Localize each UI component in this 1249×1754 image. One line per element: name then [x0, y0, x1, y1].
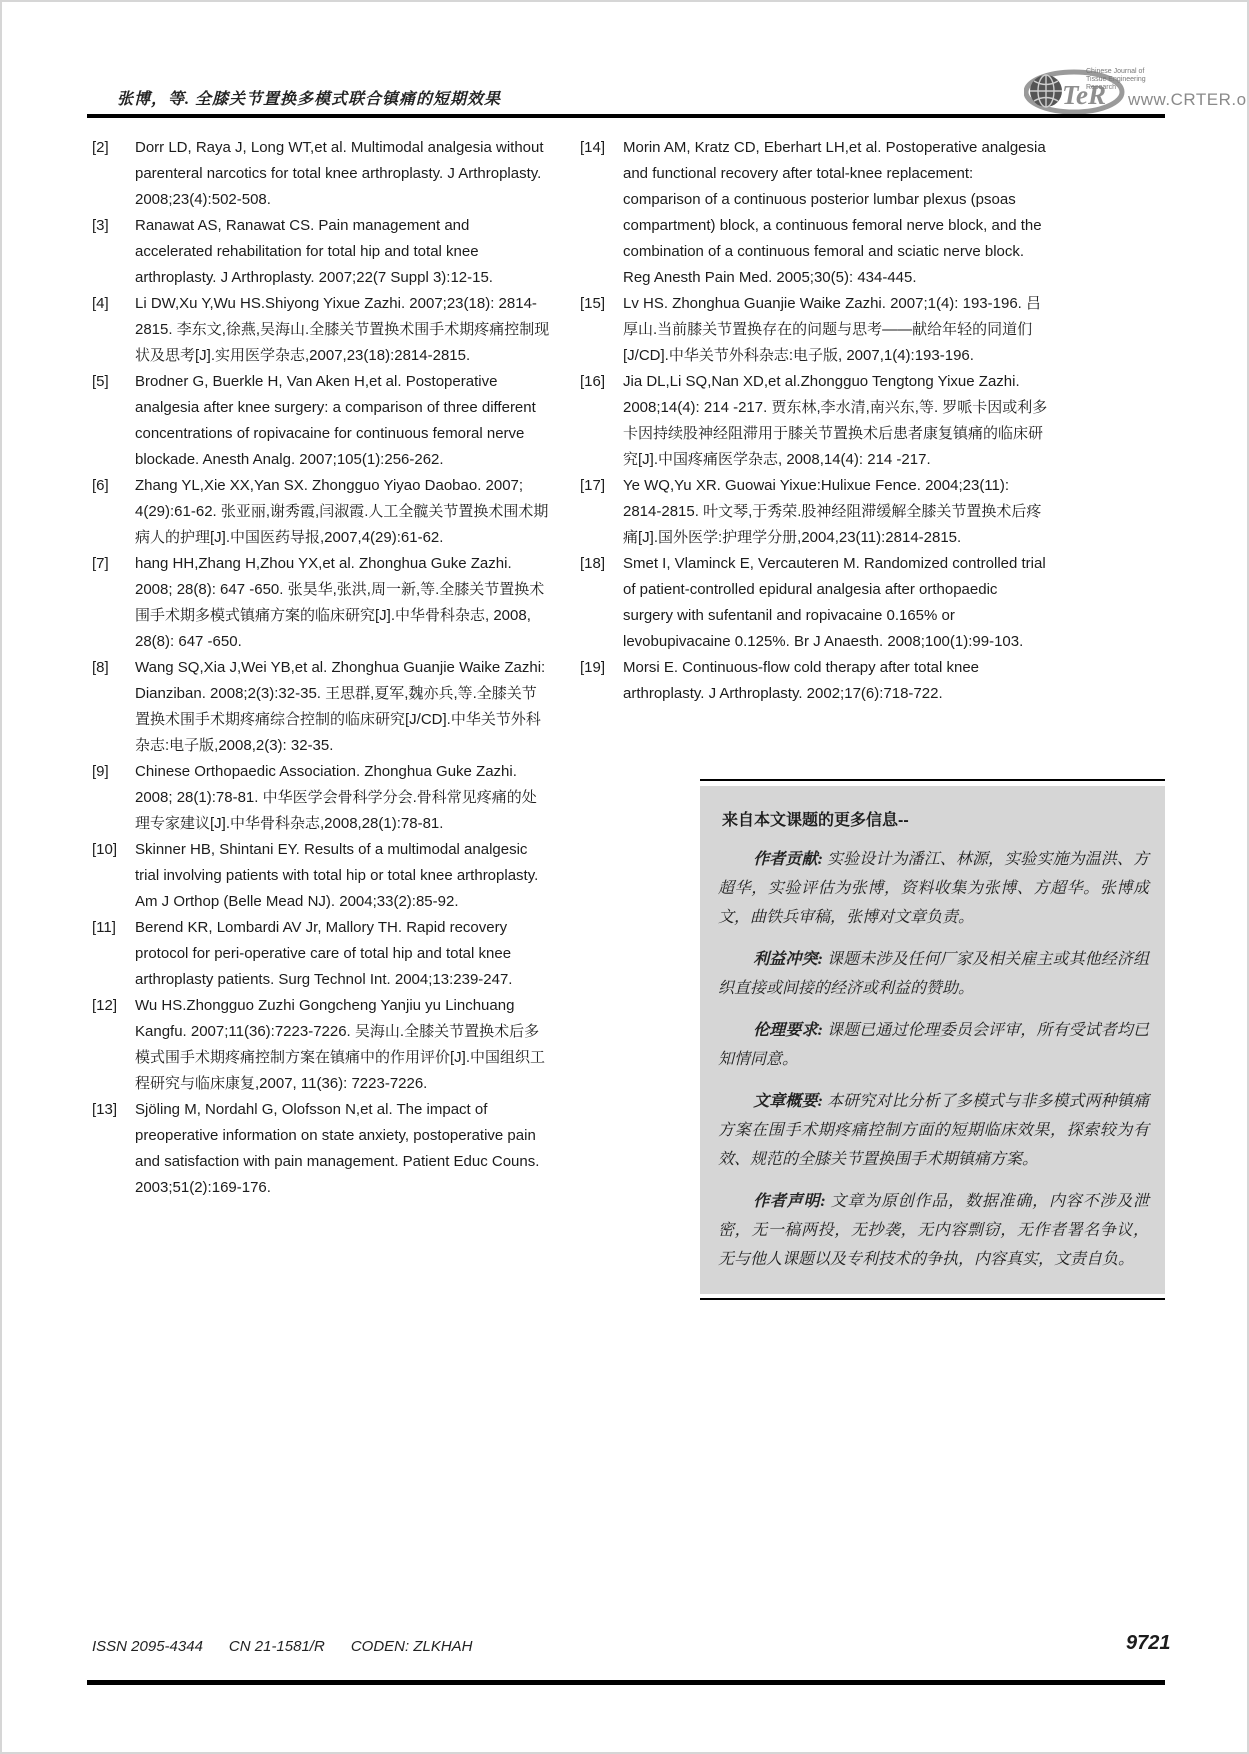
reference-item: [15] Lv HS. Zhonghua Guanjie Waike Zazhi… [580, 291, 1048, 369]
reference-number: [6] [92, 473, 135, 551]
logo-journal-name: Chinese Journal of Tissue Engineering Re… [1086, 68, 1176, 92]
reference-item: [11] Berend KR, Lombardi AV Jr, Mallory … [92, 915, 550, 993]
more-info-label: 文章概要: [753, 1093, 823, 1110]
more-info-title: 来自本文课题的更多信息-- [722, 806, 1149, 835]
reference-text-en: Dorr LD, Raya J, Long WT,et al. Multimod… [135, 139, 544, 208]
reference-item: [7] hang HH,Zhang H,Zhou YX,et al. Zhong… [92, 551, 550, 655]
reference-body: Wu HS.Zhongguo Zuzhi Gongcheng Yanjiu yu… [135, 993, 550, 1097]
more-info-label: 作者贡献: [753, 851, 823, 868]
reference-text-en: Morsi E. Continuous-flow cold therapy af… [623, 659, 979, 702]
reference-body: Sjöling M, Nordahl G, Olofsson N,et al. … [135, 1097, 550, 1201]
reference-text-en: Brodner G, Buerkle H, Van Aken H,et al. … [135, 373, 536, 468]
reference-item: [14] Morin AM, Kratz CD, Eberhart LH,et … [580, 135, 1048, 291]
more-info-paragraphs: 作者贡献: 实验设计为潘江、林源，实验实施为温洪、方超华，实验评估为张博，资料收… [718, 845, 1149, 1274]
reference-body: Wang SQ,Xia J,Wei YB,et al. Zhonghua Gua… [135, 655, 550, 759]
reference-body: Dorr LD, Raya J, Long WT,et al. Multimod… [135, 135, 550, 213]
more-info-section: 来自本文课题的更多信息-- 作者贡献: 实验设计为潘江、林源，实验实施为温洪、方… [700, 779, 1165, 1300]
reference-number: [8] [92, 655, 135, 759]
more-info-paragraph: 伦理要求: 课题已通过伦理委员会评审，所有受试者均已知情同意。 [718, 1016, 1149, 1074]
reference-body: Ranawat AS, Ranawat CS. Pain management … [135, 213, 550, 291]
reference-body: Jia DL,Li SQ,Nan XD,et al.Zhongguo Tengt… [623, 369, 1048, 473]
reference-body: Morsi E. Continuous-flow cold therapy af… [623, 655, 1048, 707]
reference-number: [11] [92, 915, 135, 993]
reference-number: [9] [92, 759, 135, 837]
reference-body: Li DW,Xu Y,Wu HS.Shiyong Yixue Zazhi. 20… [135, 291, 550, 369]
reference-item: [4] Li DW,Xu Y,Wu HS.Shiyong Yixue Zazhi… [92, 291, 550, 369]
reference-body: Zhang YL,Xie XX,Yan SX. Zhongguo Yiyao D… [135, 473, 550, 551]
reference-text-en: Ranawat AS, Ranawat CS. Pain management … [135, 217, 493, 286]
reference-number: [2] [92, 135, 135, 213]
reference-number: [17] [580, 473, 623, 551]
reference-body: Lv HS. Zhonghua Guanjie Waike Zazhi. 200… [623, 291, 1048, 369]
page-number: 9721 [1126, 1632, 1171, 1655]
reference-number: [7] [92, 551, 135, 655]
reference-text-zh: 李东文,徐燕,吴海山.全膝关节置换术围手术期疼痛控制现状及思考[J].实用医学杂… [135, 321, 549, 364]
reference-body: hang HH,Zhang H,Zhou YX,et al. Zhonghua … [135, 551, 550, 655]
more-info-label: 利益冲突: [753, 951, 823, 968]
reference-text-en: Sjöling M, Nordahl G, Olofsson N,et al. … [135, 1101, 539, 1196]
reference-item: [13] Sjöling M, Nordahl G, Olofsson N,et… [92, 1097, 550, 1201]
references-column-left: [2] Dorr LD, Raya J, Long WT,et al. Mult… [92, 135, 550, 1201]
reference-item: [18] Smet I, Vlaminck E, Vercauteren M. … [580, 551, 1048, 655]
reference-text-en: Smet I, Vlaminck E, Vercauteren M. Rando… [623, 555, 1046, 650]
running-title: 张博，等. 全膝关节置换多模式联合镇痛的短期效果 [117, 86, 501, 109]
reference-item: [5] Brodner G, Buerkle H, Van Aken H,et … [92, 369, 550, 473]
footer-rule [87, 1680, 1165, 1685]
footer-meta: ISSN 2095-4344CN 21-1581/RCODEN: ZLKHAH [92, 1638, 499, 1655]
logo-journal-name-line2: Tissue Engineering [1086, 76, 1176, 84]
site-url: www.CRTER.org [1128, 90, 1249, 110]
reference-body: Brodner G, Buerkle H, Van Aken H,et al. … [135, 369, 550, 473]
references-column-right: [14] Morin AM, Kratz CD, Eberhart LH,et … [580, 135, 1048, 707]
reference-number: [19] [580, 655, 623, 707]
reference-body: Morin AM, Kratz CD, Eberhart LH,et al. P… [623, 135, 1048, 291]
more-info-paragraph: 利益冲突: 课题未涉及任何厂家及相关雇主或其他经济组织直接或间接的经济或利益的赞… [718, 945, 1149, 1003]
reference-number: [3] [92, 213, 135, 291]
reference-item: [16] Jia DL,Li SQ,Nan XD,et al.Zhongguo … [580, 369, 1048, 473]
more-info-paragraph: 作者声明: 文章为原创作品，数据准确，内容不涉及泄密，无一稿两投，无抄袭，无内容… [718, 1187, 1149, 1274]
more-info-paragraph: 文章概要: 本研究对比分析了多模式与非多模式两种镇痛方案在围手术期疼痛控制方面的… [718, 1087, 1149, 1174]
reference-number: [13] [92, 1097, 135, 1201]
reference-number: [15] [580, 291, 623, 369]
reference-body: Smet I, Vlaminck E, Vercauteren M. Rando… [623, 551, 1048, 655]
reference-item: [6] Zhang YL,Xie XX,Yan SX. Zhongguo Yiy… [92, 473, 550, 551]
reference-text-en: Berend KR, Lombardi AV Jr, Mallory TH. R… [135, 919, 512, 988]
reference-text-en: Morin AM, Kratz CD, Eberhart LH,et al. P… [623, 139, 1046, 286]
reference-body: Chinese Orthopaedic Association. Zhonghu… [135, 759, 550, 837]
reference-number: [16] [580, 369, 623, 473]
journal-page: 张博，等. 全膝关节置换多模式联合镇痛的短期效果 TeR Chinese Jou… [0, 0, 1249, 1754]
reference-number: [18] [580, 551, 623, 655]
reference-body: Berend KR, Lombardi AV Jr, Mallory TH. R… [135, 915, 550, 993]
footer-issn: ISSN 2095-4344 [92, 1638, 203, 1655]
reference-item: [2] Dorr LD, Raya J, Long WT,et al. Mult… [92, 135, 550, 213]
reference-number: [12] [92, 993, 135, 1097]
reference-item: [8] Wang SQ,Xia J,Wei YB,et al. Zhonghua… [92, 655, 550, 759]
reference-number: [4] [92, 291, 135, 369]
reference-item: [17] Ye WQ,Yu XR. Guowai Yixue:Hulixue F… [580, 473, 1048, 551]
reference-item: [10] Skinner HB, Shintani EY. Results of… [92, 837, 550, 915]
header-rule [87, 114, 1165, 118]
reference-number: [14] [580, 135, 623, 291]
reference-item: [3] Ranawat AS, Ranawat CS. Pain managem… [92, 213, 550, 291]
reference-body: Ye WQ,Yu XR. Guowai Yixue:Hulixue Fence.… [623, 473, 1048, 551]
more-info-label: 作者声明: [753, 1193, 826, 1210]
footer-coden: CODEN: ZLKHAH [351, 1638, 473, 1655]
reference-text-en: Skinner HB, Shintani EY. Results of a mu… [135, 841, 538, 910]
reference-item: [12] Wu HS.Zhongguo Zuzhi Gongcheng Yanj… [92, 993, 550, 1097]
reference-number: [10] [92, 837, 135, 915]
more-info-label: 伦理要求: [753, 1022, 823, 1039]
more-info-paragraph: 作者贡献: 实验设计为潘江、林源，实验实施为温洪、方超华，实验评估为张博，资料收… [718, 845, 1149, 932]
reference-item: [19] Morsi E. Continuous-flow cold thera… [580, 655, 1048, 707]
reference-text-en: Lv HS. Zhonghua Guanjie Waike Zazhi. 200… [623, 295, 1022, 312]
crter-logo: TeR Chinese Journal of Tissue Engineerin… [1024, 68, 1234, 114]
footer-cn: CN 21-1581/R [229, 1638, 325, 1655]
more-info-box: 来自本文课题的更多信息-- 作者贡献: 实验设计为潘江、林源，实验实施为温洪、方… [700, 786, 1165, 1294]
logo-journal-name-line1: Chinese Journal of [1086, 68, 1176, 76]
reference-body: Skinner HB, Shintani EY. Results of a mu… [135, 837, 550, 915]
reference-number: [5] [92, 369, 135, 473]
reference-item: [9] Chinese Orthopaedic Association. Zho… [92, 759, 550, 837]
